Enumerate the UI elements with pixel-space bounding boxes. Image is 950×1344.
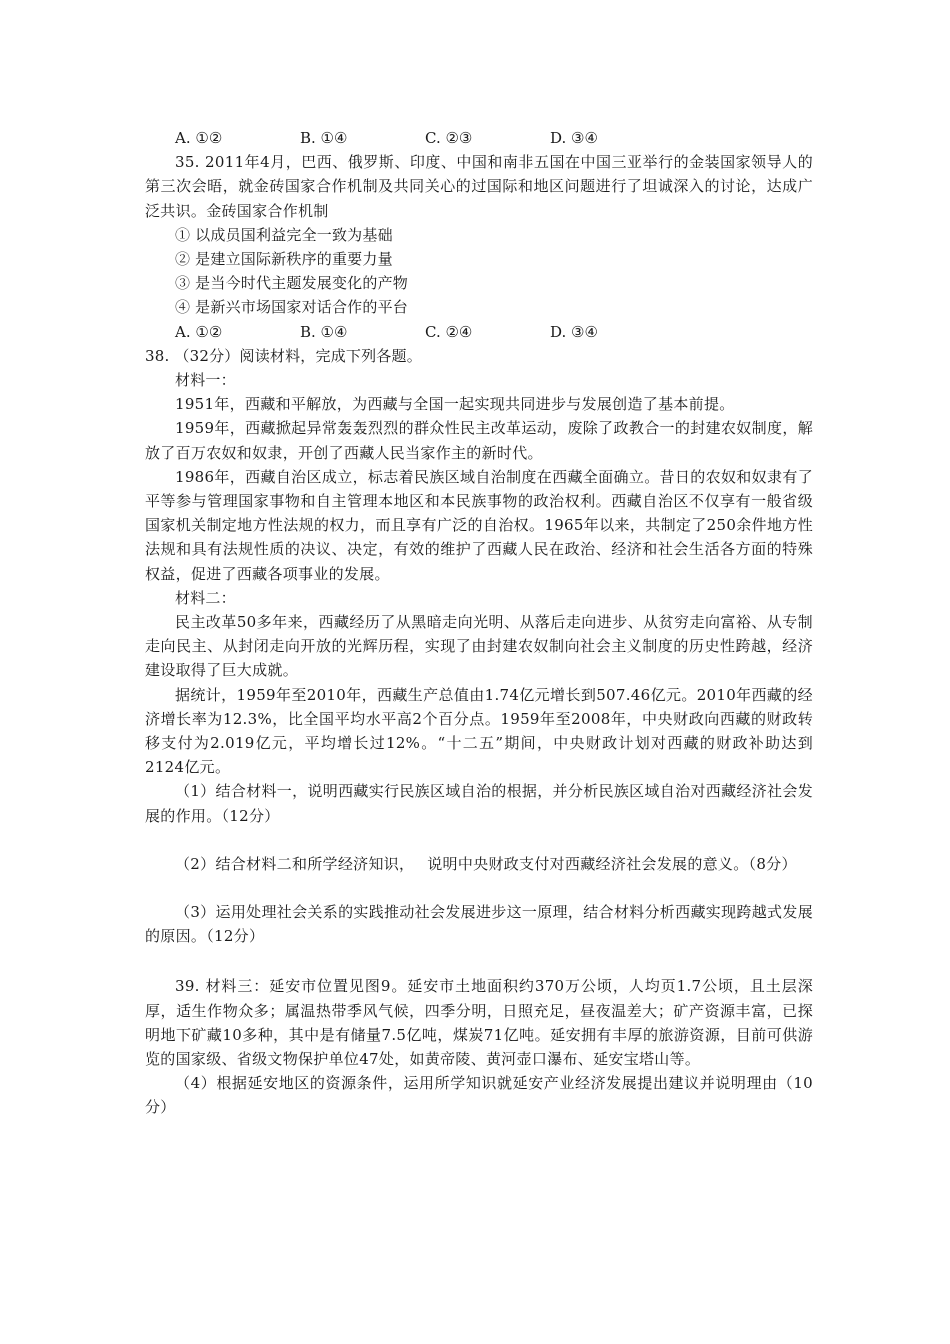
q35-option-b: B. ①④ bbox=[300, 320, 425, 344]
q38-sub-question-1: （1）结合材料一，说明西藏实行民族区域自治的根据，并分析民族区域自治对西藏经济社… bbox=[145, 779, 813, 827]
answer-space-2 bbox=[145, 876, 813, 900]
material1-label: 材料一： bbox=[145, 368, 813, 392]
q35-stem: 35. 2011年4月，巴西、俄罗斯、印度、中国和南非五国在中国三亚举行的金装国… bbox=[145, 150, 813, 223]
material2-para-2: 据统计，1959年至2010年，西藏生产总值由1.74亿元增长到507.46亿元… bbox=[145, 683, 813, 780]
material2-label: 材料二： bbox=[145, 586, 813, 610]
q38-sub-question-3: （3）运用处理社会关系的实践推动社会发展进步这一原理，结合材料分析西藏实现跨越式… bbox=[145, 900, 813, 948]
material1-para-2: 1959年，西藏掀起异常轰轰烈烈的群众性民主改革运动，废除了政教合一的封建农奴制… bbox=[145, 416, 813, 464]
answer-space-1 bbox=[145, 828, 813, 852]
material1-para-1: 1951年，西藏和平解放，为西藏与全国一起实现共同进步与发展创造了基本前提。 bbox=[145, 392, 813, 416]
q35-option-a: A. ①② bbox=[175, 320, 300, 344]
q35-option-c: C. ②④ bbox=[425, 320, 550, 344]
material2-para-1: 民主改革50多年来，西藏经历了从黑暗走向光明、从落后走向进步、从贫穷走向富裕、从… bbox=[145, 610, 813, 683]
q35-item-4: ④ 是新兴市场国家对话合作的平台 bbox=[145, 295, 813, 319]
q35-option-d: D. ③④ bbox=[550, 320, 675, 344]
q35-item-2: ② 是建立国际新秩序的重要力量 bbox=[145, 247, 813, 271]
q35-options: A. ①② B. ①④ C. ②④ D. ③④ bbox=[145, 320, 813, 344]
q38-sub-question-2: （2）结合材料二和所学经济知识， 说明中央财政支付对西藏经济社会发展的意义。（8… bbox=[145, 852, 813, 876]
q34-options: A. ①② B. ①④ C. ②③ D. ③④ bbox=[145, 126, 813, 150]
q39-material3: 39. 材料三：延安市位置见图9。延安市土地面积约370万公顷，人均页1.7公顷… bbox=[145, 974, 813, 1071]
q34-option-d: D. ③④ bbox=[550, 126, 675, 150]
q38-heading: 38. （32分）阅读材料，完成下列各题。 bbox=[145, 344, 813, 368]
q34-option-c: C. ②③ bbox=[425, 126, 550, 150]
material1-para-3: 1986年，西藏自治区成立，标志着民族区域自治制度在西藏全面确立。昔日的农奴和奴… bbox=[145, 465, 813, 586]
q34-option-a: A. ①② bbox=[175, 126, 300, 150]
q39-sub-question-4: （4）根据延安地区的资源条件，运用所学知识就延安产业经济发展提出建议并说明理由（… bbox=[145, 1071, 813, 1119]
q34-option-b: B. ①④ bbox=[300, 126, 425, 150]
answer-space-3 bbox=[145, 948, 813, 974]
q35-item-1: ① 以成员国利益完全一致为基础 bbox=[145, 223, 813, 247]
exam-page: A. ①② B. ①④ C. ②③ D. ③④ 35. 2011年4月，巴西、俄… bbox=[145, 126, 813, 1120]
q35-item-3: ③ 是当今时代主题发展变化的产物 bbox=[145, 271, 813, 295]
